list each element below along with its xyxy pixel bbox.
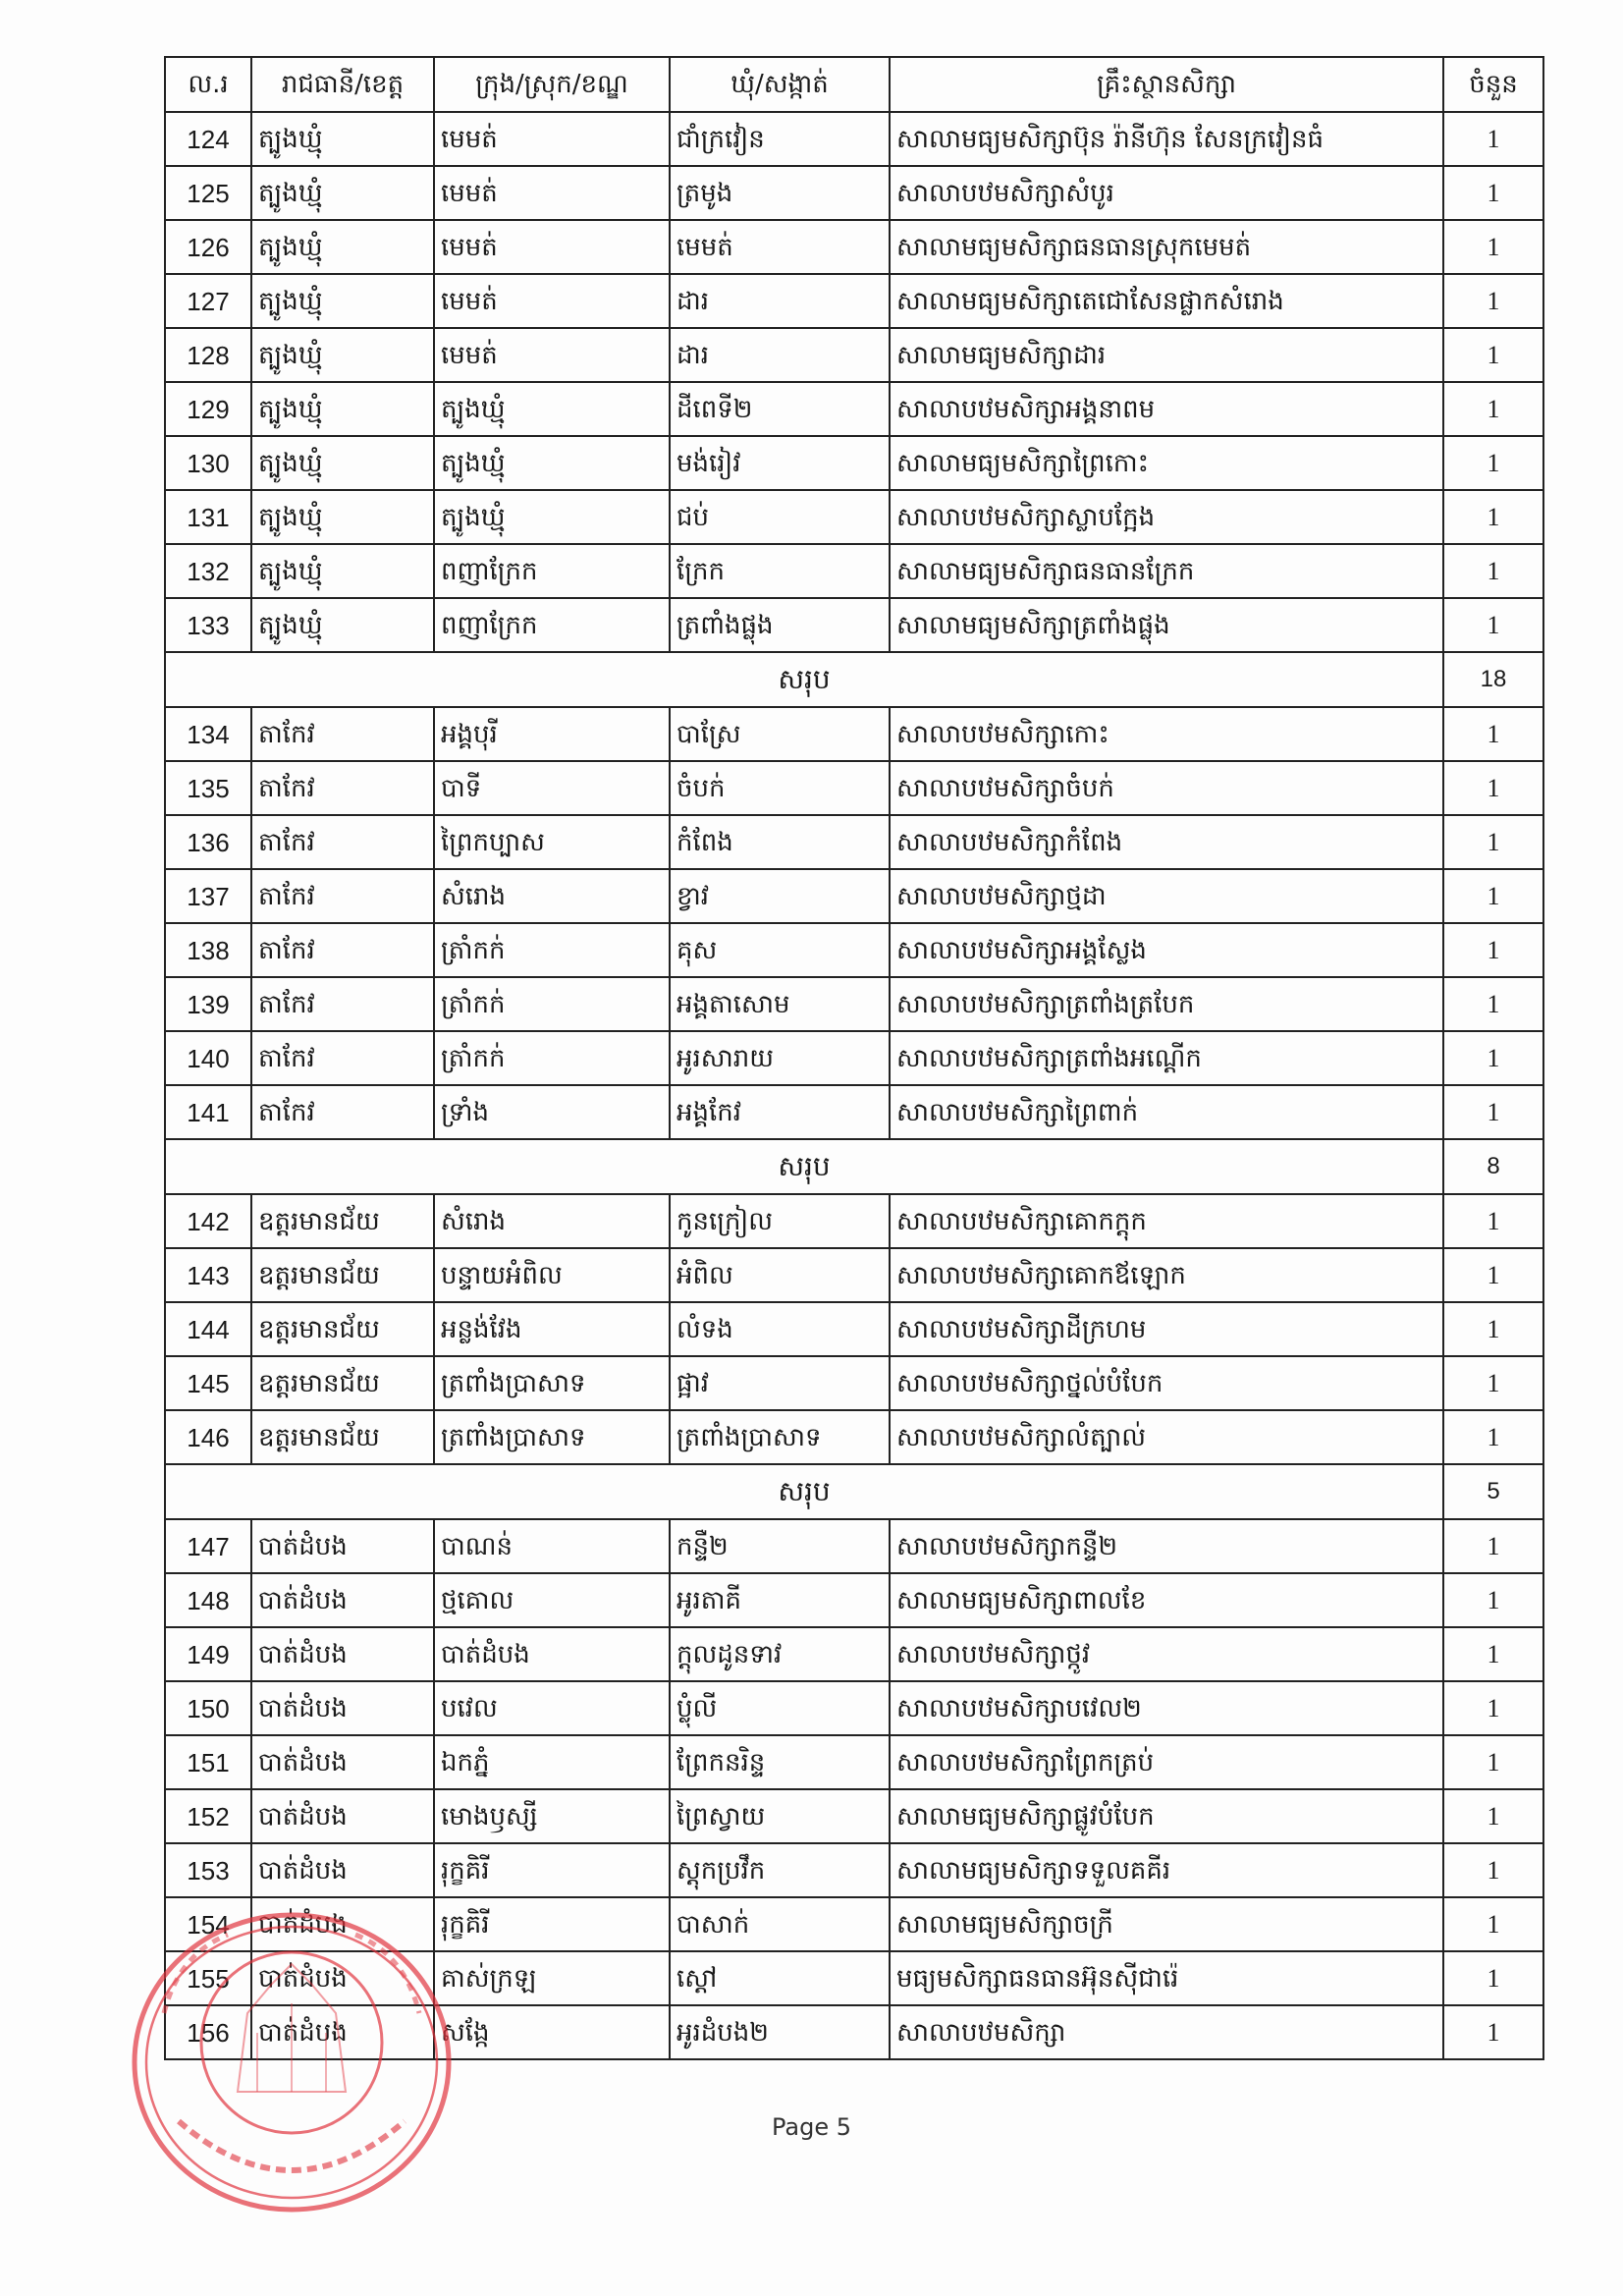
cell-commune: បាស្រែ xyxy=(670,707,890,761)
cell-no: 131 xyxy=(165,490,251,544)
subtotal-label: សរុប xyxy=(165,652,1443,707)
cell-province: ត្បូងឃ្មុំ xyxy=(251,436,434,490)
table-row: 125ត្បូងឃ្មុំមេមត់ត្រមូងសាលាបឋមសិក្សាសំប… xyxy=(165,166,1543,220)
cell-province: ត្បូងឃ្មុំ xyxy=(251,328,434,382)
cell-count: 1 xyxy=(1443,1356,1543,1410)
cell-commune: ប្លុំលី xyxy=(670,1681,890,1735)
cell-count: 1 xyxy=(1443,2005,1543,2059)
cell-district: មេមត់ xyxy=(434,166,670,220)
cell-commune: បាសាក់ xyxy=(670,1897,890,1951)
cell-province: តាកែវ xyxy=(251,977,434,1031)
cell-no: 145 xyxy=(165,1356,251,1410)
cell-no: 128 xyxy=(165,328,251,382)
cell-school: សាលាបឋមសិក្សា xyxy=(890,2005,1443,2059)
cell-district: ត្រាំកក់ xyxy=(434,1031,670,1085)
cell-no: 137 xyxy=(165,869,251,923)
table-row: 132ត្បូងឃ្មុំពញាក្រែកក្រែកសាលាមធ្យមសិក្ស… xyxy=(165,544,1543,598)
cell-province: បាត់ដំបង xyxy=(251,1735,434,1789)
cell-no: 133 xyxy=(165,598,251,652)
table-row: 147បាត់ដំបងបាណន់កន្ទឺ២សាលាបឋមសិក្សាកន្ទឺ… xyxy=(165,1519,1543,1573)
schools-table: ល.រ រាជធានី/ខេត្ត ក្រុង/ស្រុក/ខណ្ឌ ឃុំ/ស… xyxy=(164,56,1544,2060)
cell-commune: ដារ xyxy=(670,328,890,382)
cell-no: 138 xyxy=(165,923,251,977)
cell-no: 136 xyxy=(165,815,251,869)
subtotal-row: សរុប5 xyxy=(165,1464,1543,1519)
cell-commune: អូរដំបង២ xyxy=(670,2005,890,2059)
table-row: 145ឧត្ដរមានជ័យត្រពាំងប្រាសាទផ្អាវសាលាបឋម… xyxy=(165,1356,1543,1410)
cell-commune: លំទង xyxy=(670,1302,890,1356)
cell-commune: ត្រមូង xyxy=(670,166,890,220)
cell-commune: អូរតាគី xyxy=(670,1573,890,1627)
cell-no: 152 xyxy=(165,1789,251,1843)
header-commune: ឃុំ/សង្កាត់ xyxy=(670,57,890,112)
cell-district: រុក្ខគិរី xyxy=(434,1843,670,1897)
cell-count: 1 xyxy=(1443,869,1543,923)
cell-commune: អំពិល xyxy=(670,1248,890,1302)
table-row: 148បាត់ដំបងថ្មគោលអូរតាគីសាលាមធ្យមសិក្សាព… xyxy=(165,1573,1543,1627)
cell-count: 1 xyxy=(1443,1302,1543,1356)
cell-province: តាកែវ xyxy=(251,815,434,869)
cell-province: ឧត្ដរមានជ័យ xyxy=(251,1194,434,1248)
cell-province: ត្បូងឃ្មុំ xyxy=(251,382,434,436)
cell-no: 130 xyxy=(165,436,251,490)
cell-school: សាលាបឋមសិក្សាកំពែង xyxy=(890,815,1443,869)
cell-district: ពញាក្រែក xyxy=(434,598,670,652)
header-province: រាជធានី/ខេត្ត xyxy=(251,57,434,112)
cell-count: 1 xyxy=(1443,923,1543,977)
table-row: 126ត្បូងឃ្មុំមេមត់មេមត់សាលាមធ្យមសិក្សាធន… xyxy=(165,220,1543,274)
subtotal-count: 18 xyxy=(1443,652,1543,707)
cell-count: 1 xyxy=(1443,1951,1543,2005)
cell-school: សាលាបឋមសិក្សាបវេល២ xyxy=(890,1681,1443,1735)
table-row: 133ត្បូងឃ្មុំពញាក្រែកត្រពាំងផ្លុងសាលាមធ្… xyxy=(165,598,1543,652)
cell-school: សាលាបឋមសិក្សាស្លាបក្អែង xyxy=(890,490,1443,544)
cell-district: បាត់ដំបង xyxy=(434,1627,670,1681)
cell-commune: អង្គកែវ xyxy=(670,1085,890,1139)
cell-school: សាលាបឋមសិក្សាថ្នល់បំបែក xyxy=(890,1356,1443,1410)
cell-district: មេមត់ xyxy=(434,112,670,166)
cell-no: 146 xyxy=(165,1410,251,1464)
cell-commune: អូរសារាយ xyxy=(670,1031,890,1085)
cell-no: 134 xyxy=(165,707,251,761)
cell-commune: ដីពេទី២ xyxy=(670,382,890,436)
cell-district: ត្បូងឃ្មុំ xyxy=(434,436,670,490)
cell-district: អង្គបុរី xyxy=(434,707,670,761)
page-number: Page 5 xyxy=(0,2113,1623,2141)
cell-count: 1 xyxy=(1443,220,1543,274)
cell-no: 142 xyxy=(165,1194,251,1248)
cell-count: 1 xyxy=(1443,598,1543,652)
cell-province: បាត់ដំបង xyxy=(251,1519,434,1573)
cell-commune: គុស xyxy=(670,923,890,977)
cell-district: បាទី xyxy=(434,761,670,815)
subtotal-row: សរុប18 xyxy=(165,652,1543,707)
cell-district: រុក្ខគិរី xyxy=(434,1897,670,1951)
cell-district: ត្បូងឃ្មុំ xyxy=(434,382,670,436)
cell-district: បវេល xyxy=(434,1681,670,1735)
cell-province: តាកែវ xyxy=(251,1085,434,1139)
header-no: ល.រ xyxy=(165,57,251,112)
cell-commune: ក្រែក xyxy=(670,544,890,598)
document-page: ល.រ រាជធានី/ខេត្ត ក្រុង/ស្រុក/ខណ្ឌ ឃុំ/ស… xyxy=(0,0,1623,2296)
cell-commune: ព្រៃស្វាយ xyxy=(670,1789,890,1843)
cell-school: សាលាបឋមសិក្សាសំបូរ xyxy=(890,166,1443,220)
table-row: 155បាត់ដំបងគាស់ក្រឡស្ដៅមធ្យមសិក្សាធនធានអ… xyxy=(165,1951,1543,2005)
cell-school: សាលាមធ្យមសិក្សាដារ xyxy=(890,328,1443,382)
cell-no: 141 xyxy=(165,1085,251,1139)
cell-school: សាលាមធ្យមសិក្សាប៊ុន រ៉ានីហ៊ុន សែនក្រវៀនធ… xyxy=(890,112,1443,166)
cell-no: 124 xyxy=(165,112,251,166)
cell-district: បាណន់ xyxy=(434,1519,670,1573)
cell-no: 154 xyxy=(165,1897,251,1951)
cell-count: 1 xyxy=(1443,1410,1543,1464)
cell-school: មធ្យមសិក្សាធនធានអ៊ុនស៊ីជារ៉េ xyxy=(890,1951,1443,2005)
cell-commune: កន្ទឺ២ xyxy=(670,1519,890,1573)
cell-commune: មង់រៀវ xyxy=(670,436,890,490)
cell-school: សាលាបឋមសិក្សាលំត្បាល់ xyxy=(890,1410,1443,1464)
cell-district: ត្រាំកក់ xyxy=(434,923,670,977)
cell-district: គាស់ក្រឡ xyxy=(434,1951,670,2005)
cell-province: បាត់ដំបង xyxy=(251,1573,434,1627)
subtotal-label: សរុប xyxy=(165,1139,1443,1194)
cell-province: តាកែវ xyxy=(251,761,434,815)
cell-count: 1 xyxy=(1443,1789,1543,1843)
cell-district: ត្បូងឃ្មុំ xyxy=(434,490,670,544)
cell-province: បាត់ដំបង xyxy=(251,1897,434,1951)
cell-no: 156 xyxy=(165,2005,251,2059)
table-row: 130ត្បូងឃ្មុំត្បូងឃ្មុំមង់រៀវសាលាមធ្យមសិ… xyxy=(165,436,1543,490)
subtotal-label: សរុប xyxy=(165,1464,1443,1519)
cell-province: ឧត្ដរមានជ័យ xyxy=(251,1302,434,1356)
cell-commune: ត្រពាំងប្រាសាទ xyxy=(670,1410,890,1464)
cell-count: 1 xyxy=(1443,977,1543,1031)
cell-province: ត្បូងឃ្មុំ xyxy=(251,220,434,274)
cell-commune: ដារ xyxy=(670,274,890,328)
table-row: 154បាត់ដំបងរុក្ខគិរីបាសាក់សាលាមធ្យមសិក្ស… xyxy=(165,1897,1543,1951)
table-row: 142ឧត្ដរមានជ័យសំរោងកូនក្រៀលសាលាបឋមសិក្សា… xyxy=(165,1194,1543,1248)
cell-school: សាលាមធ្យមសិក្សាធនធានស្រុកមេមត់ xyxy=(890,220,1443,274)
cell-no: 129 xyxy=(165,382,251,436)
cell-count: 1 xyxy=(1443,761,1543,815)
cell-no: 143 xyxy=(165,1248,251,1302)
cell-count: 1 xyxy=(1443,274,1543,328)
table-row: 153បាត់ដំបងរុក្ខគិរីស្ដុកប្រវឹកសាលាមធ្យម… xyxy=(165,1843,1543,1897)
table-row: 150បាត់ដំបងបវេលប្លុំលីសាលាបឋមសិក្សាបវេល២… xyxy=(165,1681,1543,1735)
cell-province: បាត់ដំបង xyxy=(251,2005,434,2059)
cell-count: 1 xyxy=(1443,166,1543,220)
cell-school: សាលាបឋមសិក្សាដីក្រហម xyxy=(890,1302,1443,1356)
cell-school: សាលាបឋមសិក្សាចំបក់ xyxy=(890,761,1443,815)
cell-province: ឧត្ដរមានជ័យ xyxy=(251,1248,434,1302)
table-row: 135តាកែវបាទីចំបក់សាលាបឋមសិក្សាចំបក់1 xyxy=(165,761,1543,815)
cell-district: មេមត់ xyxy=(434,220,670,274)
cell-district: ពញាក្រែក xyxy=(434,544,670,598)
table-row: 131ត្បូងឃ្មុំត្បូងឃ្មុំជប់សាលាបឋមសិក្សាស… xyxy=(165,490,1543,544)
cell-no: 144 xyxy=(165,1302,251,1356)
cell-district: ឯកភ្នំ xyxy=(434,1735,670,1789)
header-count: ចំនួន xyxy=(1443,57,1543,112)
cell-district: សង្កែ xyxy=(434,2005,670,2059)
table-row: 137តាកែវសំរោងខ្វាវសាលាបឋមសិក្សាថ្មដា1 xyxy=(165,869,1543,923)
cell-province: ត្បូងឃ្មុំ xyxy=(251,490,434,544)
cell-school: សាលាមធ្យមសិក្សាផ្លូវបំបែក xyxy=(890,1789,1443,1843)
cell-commune: ស្ដុកប្រវឹក xyxy=(670,1843,890,1897)
cell-province: តាកែវ xyxy=(251,923,434,977)
cell-district: បន្ទាយអំពិល xyxy=(434,1248,670,1302)
table-row: 128ត្បូងឃ្មុំមេមត់ដារសាលាមធ្យមសិក្សាដារ1 xyxy=(165,328,1543,382)
cell-school: សាលាបឋមសិក្សាអង្គស្លែង xyxy=(890,923,1443,977)
table-row: 149បាត់ដំបងបាត់ដំបងក្ដុលដូនទាវសាលាបឋមសិក… xyxy=(165,1627,1543,1681)
cell-district: មេមត់ xyxy=(434,274,670,328)
cell-no: 153 xyxy=(165,1843,251,1897)
table-row: 143ឧត្ដរមានជ័យបន្ទាយអំពិលអំពិលសាលាបឋមសិក… xyxy=(165,1248,1543,1302)
cell-count: 1 xyxy=(1443,436,1543,490)
cell-count: 1 xyxy=(1443,1627,1543,1681)
cell-count: 1 xyxy=(1443,112,1543,166)
cell-school: សាលាបឋមសិក្សាព្រៃពាក់ xyxy=(890,1085,1443,1139)
cell-no: 132 xyxy=(165,544,251,598)
cell-province: បាត់ដំបង xyxy=(251,1843,434,1897)
cell-count: 1 xyxy=(1443,815,1543,869)
cell-school: សាលាបឋមសិក្សាកោះ xyxy=(890,707,1443,761)
cell-count: 1 xyxy=(1443,1248,1543,1302)
cell-no: 148 xyxy=(165,1573,251,1627)
cell-school: សាលាមធ្យមសិក្សាធនធានក្រែក xyxy=(890,544,1443,598)
cell-count: 1 xyxy=(1443,1897,1543,1951)
cell-commune: កំពែង xyxy=(670,815,890,869)
cell-count: 1 xyxy=(1443,328,1543,382)
cell-school: សាលាមធ្យមសិក្សាពាលខែ xyxy=(890,1573,1443,1627)
cell-count: 1 xyxy=(1443,1031,1543,1085)
cell-count: 1 xyxy=(1443,1573,1543,1627)
cell-school: សាលាបឋមសិក្សាថ្មដា xyxy=(890,869,1443,923)
table-row: 141តាកែវទ្រាំងអង្គកែវសាលាបឋមសិក្សាព្រៃពា… xyxy=(165,1085,1543,1139)
cell-commune: ជាំក្រវៀន xyxy=(670,112,890,166)
cell-no: 151 xyxy=(165,1735,251,1789)
cell-no: 149 xyxy=(165,1627,251,1681)
cell-province: បាត់ដំបង xyxy=(251,1681,434,1735)
cell-count: 1 xyxy=(1443,382,1543,436)
cell-district: ថ្មគោល xyxy=(434,1573,670,1627)
cell-no: 125 xyxy=(165,166,251,220)
cell-province: បាត់ដំបង xyxy=(251,1627,434,1681)
cell-no: 147 xyxy=(165,1519,251,1573)
table-row: 146ឧត្ដរមានជ័យត្រពាំងប្រាសាទត្រពាំងប្រាស… xyxy=(165,1410,1543,1464)
cell-province: បាត់ដំបង xyxy=(251,1951,434,2005)
cell-commune: ផ្អាវ xyxy=(670,1356,890,1410)
table-row: 127ត្បូងឃ្មុំមេមត់ដារសាលាមធ្យមសិក្សាតេជោ… xyxy=(165,274,1543,328)
cell-count: 1 xyxy=(1443,1843,1543,1897)
table-row: 140តាកែវត្រាំកក់អូរសារាយសាលាបឋមសិក្សាត្រ… xyxy=(165,1031,1543,1085)
cell-commune: ស្ដៅ xyxy=(670,1951,890,2005)
table-header-row: ល.រ រាជធានី/ខេត្ត ក្រុង/ស្រុក/ខណ្ឌ ឃុំ/ស… xyxy=(165,57,1543,112)
cell-commune: មេមត់ xyxy=(670,220,890,274)
cell-district: អន្លង់វែង xyxy=(434,1302,670,1356)
cell-school: សាលាមធ្យមសិក្សាចក្រី xyxy=(890,1897,1443,1951)
cell-count: 1 xyxy=(1443,544,1543,598)
table-row: 138តាកែវត្រាំកក់គុសសាលាបឋមសិក្សាអង្គស្លែ… xyxy=(165,923,1543,977)
cell-school: សាលាបឋមសិក្សាកន្ទឺ២ xyxy=(890,1519,1443,1573)
cell-school: សាលាបឋមសិក្សាត្រពាំងអណ្ដើក xyxy=(890,1031,1443,1085)
cell-no: 155 xyxy=(165,1951,251,2005)
cell-district: ត្រពាំងប្រាសាទ xyxy=(434,1356,670,1410)
cell-count: 1 xyxy=(1443,1519,1543,1573)
cell-province: តាកែវ xyxy=(251,869,434,923)
cell-no: 140 xyxy=(165,1031,251,1085)
cell-school: សាលាមធ្យមសិក្សាត្រពាំងផ្លុង xyxy=(890,598,1443,652)
cell-school: សាលាបឋមសិក្សាព្រែកត្រប់ xyxy=(890,1735,1443,1789)
subtotal-count: 8 xyxy=(1443,1139,1543,1194)
cell-district: មេមត់ xyxy=(434,328,670,382)
cell-province: បាត់ដំបង xyxy=(251,1789,434,1843)
cell-no: 139 xyxy=(165,977,251,1031)
cell-province: ឧត្ដរមានជ័យ xyxy=(251,1356,434,1410)
table-row: 151បាត់ដំបងឯកភ្នំព្រែកនរិន្ទសាលាបឋមសិក្ស… xyxy=(165,1735,1543,1789)
cell-province: ឧត្ដរមានជ័យ xyxy=(251,1410,434,1464)
table-body: 124ត្បូងឃ្មុំមេមត់ជាំក្រវៀនសាលាមធ្យមសិក្… xyxy=(165,112,1543,2059)
cell-district: ត្រាំកក់ xyxy=(434,977,670,1031)
cell-school: សាលាមធ្យមសិក្សាតេជោសែនផ្លាកសំរោង xyxy=(890,274,1443,328)
cell-district: សំរោង xyxy=(434,1194,670,1248)
table-row: 156បាត់ដំបងសង្កែអូរដំបង២សាលាបឋមសិក្សា1 xyxy=(165,2005,1543,2059)
cell-count: 1 xyxy=(1443,1194,1543,1248)
cell-count: 1 xyxy=(1443,490,1543,544)
table-row: 134តាកែវអង្គបុរីបាស្រែសាលាបឋមសិក្សាកោះ1 xyxy=(165,707,1543,761)
cell-count: 1 xyxy=(1443,707,1543,761)
header-district: ក្រុង/ស្រុក/ខណ្ឌ xyxy=(434,57,670,112)
cell-province: ត្បូងឃ្មុំ xyxy=(251,274,434,328)
subtotal-row: សរុប8 xyxy=(165,1139,1543,1194)
cell-commune: ជប់ xyxy=(670,490,890,544)
header-school: គ្រឹះស្ថានសិក្សា xyxy=(890,57,1443,112)
cell-no: 150 xyxy=(165,1681,251,1735)
cell-district: ទ្រាំង xyxy=(434,1085,670,1139)
cell-province: ត្បូងឃ្មុំ xyxy=(251,598,434,652)
cell-no: 126 xyxy=(165,220,251,274)
cell-no: 135 xyxy=(165,761,251,815)
cell-count: 1 xyxy=(1443,1735,1543,1789)
cell-school: សាលាបឋមសិក្សាគោកក្ដុក xyxy=(890,1194,1443,1248)
cell-school: សាលាបឋមសិក្សាអង្គនាពម xyxy=(890,382,1443,436)
cell-commune: ចំបក់ xyxy=(670,761,890,815)
table-row: 152បាត់ដំបងមោងឫស្សីព្រៃស្វាយសាលាមធ្យមសិក… xyxy=(165,1789,1543,1843)
cell-count: 1 xyxy=(1443,1681,1543,1735)
cell-district: សំរោង xyxy=(434,869,670,923)
cell-commune: ក្ដុលដូនទាវ xyxy=(670,1627,890,1681)
subtotal-count: 5 xyxy=(1443,1464,1543,1519)
cell-district: មោងឫស្សី xyxy=(434,1789,670,1843)
cell-province: តាកែវ xyxy=(251,1031,434,1085)
table-row: 139តាកែវត្រាំកក់អង្គតាសោមសាលាបឋមសិក្សាត្… xyxy=(165,977,1543,1031)
cell-no: 127 xyxy=(165,274,251,328)
cell-commune: ត្រពាំងផ្លុង xyxy=(670,598,890,652)
cell-province: ត្បូងឃ្មុំ xyxy=(251,166,434,220)
cell-province: តាកែវ xyxy=(251,707,434,761)
cell-commune: ខ្វាវ xyxy=(670,869,890,923)
cell-province: ត្បូងឃ្មុំ xyxy=(251,112,434,166)
table-row: 129ត្បូងឃ្មុំត្បូងឃ្មុំដីពេទី២សាលាបឋមសិក… xyxy=(165,382,1543,436)
cell-commune: កូនក្រៀល xyxy=(670,1194,890,1248)
table-row: 124ត្បូងឃ្មុំមេមត់ជាំក្រវៀនសាលាមធ្យមសិក្… xyxy=(165,112,1543,166)
cell-district: ព្រៃកប្បាស xyxy=(434,815,670,869)
table-row: 144ឧត្ដរមានជ័យអន្លង់វែងលំទងសាលាបឋមសិក្សា… xyxy=(165,1302,1543,1356)
cell-province: ត្បូងឃ្មុំ xyxy=(251,544,434,598)
cell-school: សាលាមធ្យមសិក្សាព្រៃកោះ xyxy=(890,436,1443,490)
cell-school: សាលាបឋមសិក្សាថ្កូវ xyxy=(890,1627,1443,1681)
table-row: 136តាកែវព្រៃកប្បាសកំពែងសាលាបឋមសិក្សាកំពែ… xyxy=(165,815,1543,869)
cell-school: សាលាបឋមសិក្សាត្រពាំងត្របែក xyxy=(890,977,1443,1031)
cell-school: សាលាមធ្យមសិក្សាទទួលគគីរ xyxy=(890,1843,1443,1897)
cell-count: 1 xyxy=(1443,1085,1543,1139)
cell-commune: ព្រែកនរិន្ទ xyxy=(670,1735,890,1789)
cell-school: សាលាបឋមសិក្សាគោកឪឡោក xyxy=(890,1248,1443,1302)
cell-commune: អង្គតាសោម xyxy=(670,977,890,1031)
cell-district: ត្រពាំងប្រាសាទ xyxy=(434,1410,670,1464)
